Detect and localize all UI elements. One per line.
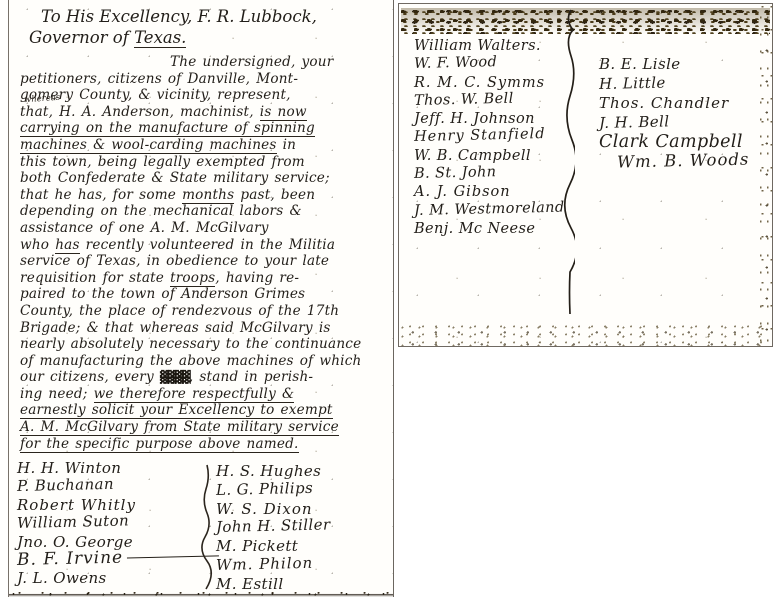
signature: H. Little xyxy=(599,71,750,94)
body-line: of manufacturing the above machines of w… xyxy=(20,353,388,370)
interline-insertion: whereas xyxy=(24,94,61,105)
body-line: our citizens, every ▓▓▓▓, stand in peris… xyxy=(20,369,388,386)
body-line: that he has, for some months past, been xyxy=(20,187,388,204)
salutation: To His Excellency, F. R. Lubbock, Govern… xyxy=(41,6,317,48)
signature: Wm. Philon xyxy=(216,553,331,574)
signature: John H. Stiller xyxy=(216,516,331,537)
body-line: assistance of one A. M. McGilvary xyxy=(20,220,388,237)
right-page-signature-column-1: William Walters. W. F. Wood R. M. C. Sym… xyxy=(414,37,565,238)
signature: Wm. B. Woods xyxy=(599,149,750,172)
body-line: A. M. McGilvary from State military serv… xyxy=(20,419,388,436)
struck-out-word: ▓▓▓▓ xyxy=(160,370,189,384)
signature: J. H. Bell xyxy=(599,110,750,133)
page-left: To His Excellency, F. R. Lubbock, Govern… xyxy=(8,0,394,597)
signature: B. F. Irvine xyxy=(17,546,220,569)
signature: Thos. W. Bell xyxy=(414,88,565,110)
signature: Henry Stanfield xyxy=(414,125,565,147)
body-line: nearly absolutely necessary to the conti… xyxy=(20,336,388,353)
signature: William Suton xyxy=(17,510,220,533)
body-line: petitioners, citizens of Danville, Mont- xyxy=(20,71,388,88)
body-line: depending on the mechanical labors & xyxy=(20,203,388,220)
signature: J. L. Owens xyxy=(17,569,219,587)
body-line: County, the place of rendezvous of the 1… xyxy=(20,303,388,320)
page-bottom-edge xyxy=(9,591,393,597)
left-page-signature-column-2: H. S. Hughes L. G. Philips W. S. Dixon J… xyxy=(216,462,331,594)
right-page-signature-column-2: B. E. Lisle H. Little Thos. Chandler J. … xyxy=(599,55,749,172)
body-line: both Confederate & State military servic… xyxy=(20,170,388,187)
crease-line xyxy=(201,463,213,593)
signature: P. Buchanan xyxy=(17,473,220,496)
body-line: who has recently volunteered in the Mili… xyxy=(20,237,388,254)
body-line: The undersigned, your xyxy=(20,54,388,71)
body-line: carrying on the manufacture of spinning xyxy=(20,120,388,137)
signature: W. F. Wood xyxy=(414,52,565,74)
body-line: gomery County, & vicinity, represent, xyxy=(20,87,388,104)
body-line: whereasthat, H. A. Anderson, machinist, … xyxy=(20,104,388,121)
signature: J. M. Westmoreland xyxy=(414,198,565,220)
body-line: ing need; we therefore respectfully & xyxy=(20,386,388,403)
left-page-signature-column-1: H. H. Winton P. Buchanan Robert Whitly W… xyxy=(17,459,219,588)
salutation-line-2: Governor of Texas. xyxy=(29,27,317,48)
body-line: machines & wool-carding machines in xyxy=(20,137,388,154)
petition-document-scan: To His Excellency, F. R. Lubbock, Govern… xyxy=(0,0,774,600)
signature: B. St. John xyxy=(414,162,565,184)
scan-smudge-band xyxy=(401,8,770,34)
body-line: for the specific purpose above named. xyxy=(20,436,388,453)
crease-line xyxy=(559,8,575,316)
petition-body: The undersigned, your petitioners, citiz… xyxy=(20,54,388,452)
body-line: paired to the town of Anderson Grimes xyxy=(20,286,388,303)
signature: L. G. Philips xyxy=(216,478,331,499)
body-line: Brigade; & that whereas said McGilvary i… xyxy=(20,320,388,337)
page-right: William Walters. W. F. Wood R. M. C. Sym… xyxy=(398,3,773,347)
body-line: service of Texas, in obedience to your l… xyxy=(20,253,388,270)
body-line: this town, being legally exempted from xyxy=(20,154,388,171)
signature: Benj. Mc Neese xyxy=(414,220,565,238)
scan-edge-speckle xyxy=(759,4,772,346)
salutation-line-1: To His Excellency, F. R. Lubbock, xyxy=(41,6,317,27)
scan-bottom-speckle xyxy=(399,324,772,346)
body-line: requisition for state troops, having re- xyxy=(20,270,388,287)
body-line: earnestly solicit your Excellency to exe… xyxy=(20,402,388,419)
